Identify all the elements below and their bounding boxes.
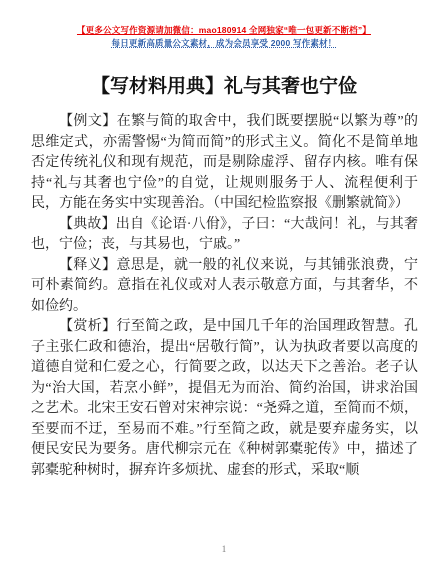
promo-line-red: 【更多公文写作资源请加微信：mao180914 全网独家“唯一包更新不断档”】	[0, 25, 448, 36]
promo-line-blue: 每日更新高质量公文素材，成为会员享受 2000 写作素材！	[0, 38, 448, 49]
document-page: 【更多公文写作资源请加微信：mao180914 全网独家“唯一包更新不断档”】 …	[0, 0, 448, 580]
promo-header: 【更多公文写作资源请加微信：mao180914 全网独家“唯一包更新不断档”】 …	[0, 0, 448, 49]
page-title: 【写材料用典】礼与其奢也宁俭	[20, 75, 428, 99]
paragraph-definition: 【释义】意思是，就一般的礼仪来说，与其铺张浪费，宁可朴素简约。意指在礼仪或对人表…	[31, 256, 418, 318]
paragraph-example: 【例文】在繁与简的取舍中，我们既要摆脱“以繁为尊”的思维定式，亦需警惕“为简而简…	[31, 112, 418, 215]
paragraph-allusion: 【典故】出自《论语·八佾》，子曰：“大哉问！礼，与其奢也，宁俭；丧，与其易也，宁…	[31, 215, 418, 256]
paragraph-appreciation: 【赏析】行至简之政，是中国几千年的治国理政智慧。孔子主张仁政和德治，提出“居敬行…	[31, 317, 418, 481]
document-body: 【例文】在繁与简的取舍中，我们既要摆脱“以繁为尊”的思维定式，亦需警惕“为简而简…	[31, 112, 418, 481]
page-number: 1	[0, 544, 448, 554]
